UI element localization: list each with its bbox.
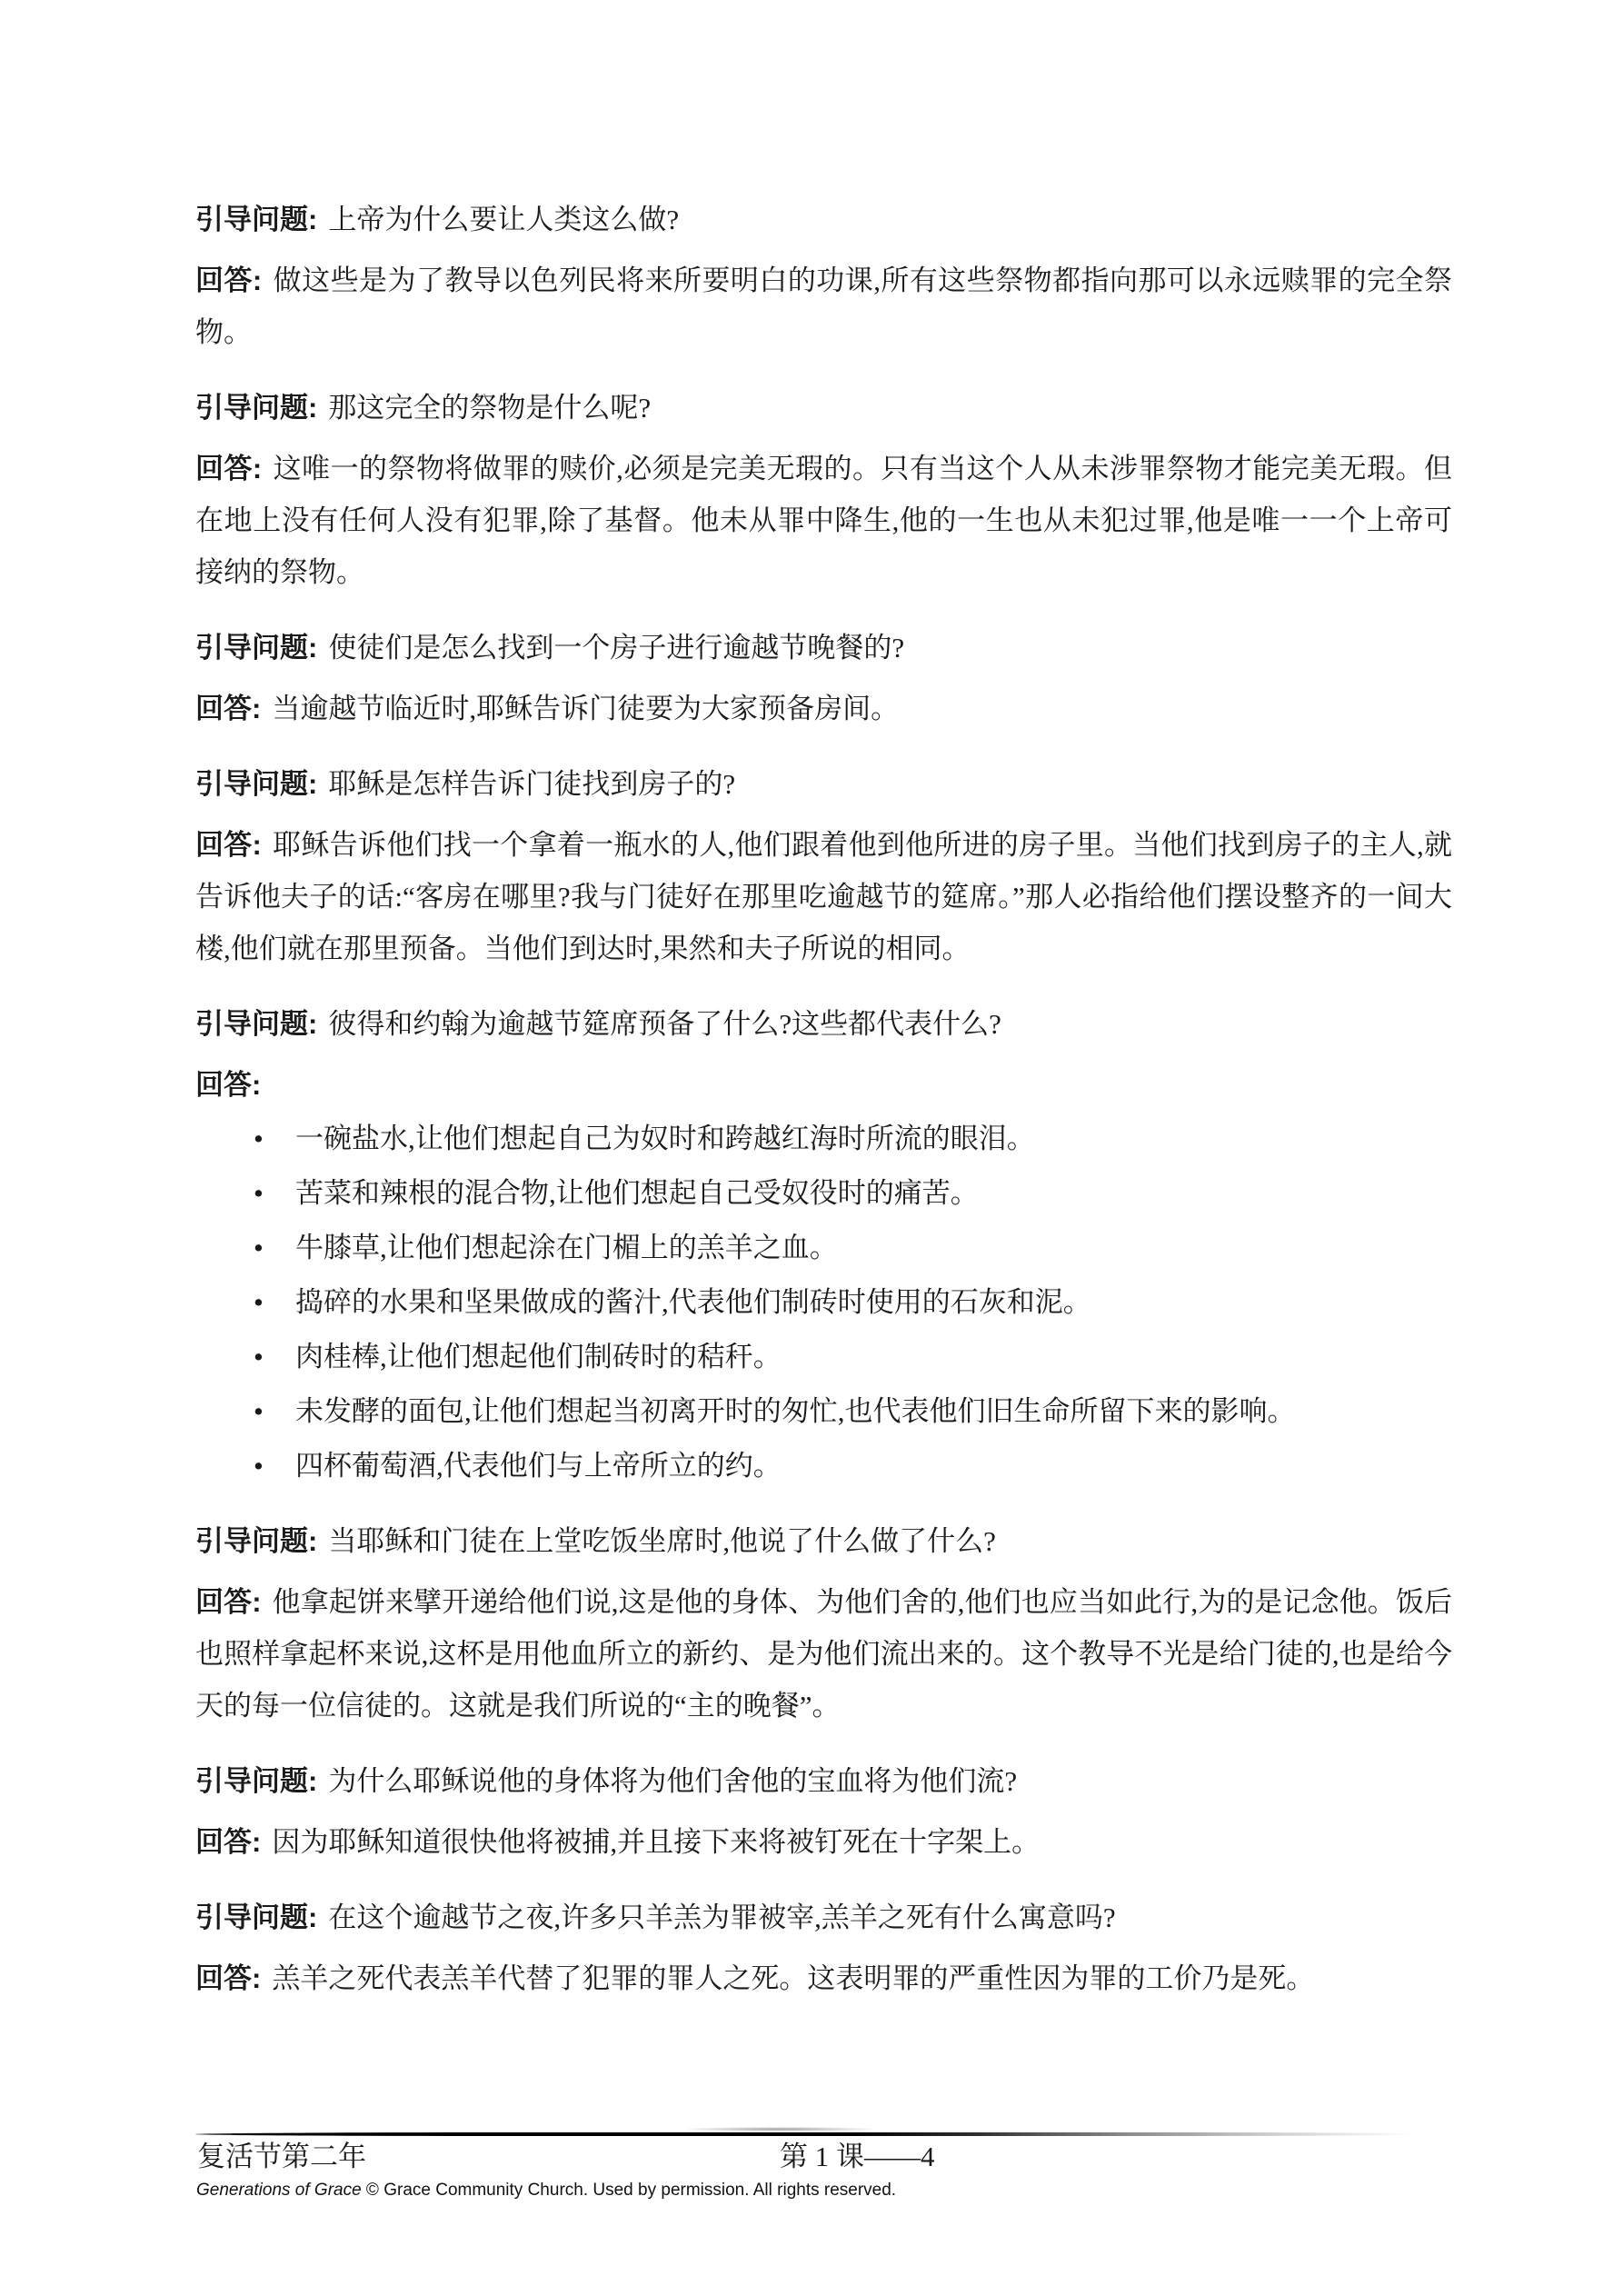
list-item: •未发酵的面包,让他们想起当初离开时的匆忙,也代表他们旧生命所留下来的影响。: [254, 1385, 1452, 1437]
question-text: 上帝为什么要让人类这么做?: [328, 204, 679, 235]
answer-line: 回答:做这些是为了教导以色列民将来所要明白的功课,所有这些祭物都指向那可以永远赎…: [195, 255, 1452, 358]
answer-label: 回答:: [195, 693, 261, 724]
question-text: 当耶稣和门徒在上堂吃饭坐席时,他说了什么做了什么?: [328, 1525, 996, 1557]
bullet-icon: •: [254, 1276, 295, 1328]
question-text: 彼得和约翰为逾越节筵席预备了什么?这些都代表什么?: [328, 1008, 1001, 1040]
answer-label: 回答:: [195, 1586, 262, 1618]
question-line: 引导问题:为什么耶稣说他的身体将为他们舍他的宝血将为他们流?: [195, 1755, 1452, 1807]
preparation-list: •一碗盐水,让他们想起自己为奴时和跨越红海时所流的眼泪。 •苦菜和辣根的混合物,…: [195, 1113, 1452, 1492]
question-line: 引导问题:耶稣是怎样告诉门徒找到房子的?: [195, 758, 1452, 810]
footer-divider-line: [195, 2132, 1452, 2136]
list-item-text: 未发酵的面包,让他们想起当初离开时的匆忙,也代表他们旧生命所留下来的影响。: [295, 1385, 1452, 1437]
answer-text: 因为耶稣知道很快他将被捕,并且接下来将被钉死在十字架上。: [272, 1826, 1040, 1858]
question-line: 引导问题:在这个逾越节之夜,许多只羊羔为罪被宰,羔羊之死有什么寓意吗?: [195, 1892, 1452, 1943]
list-item-text: 牛膝草,让他们想起涂在门楣上的羔羊之血。: [295, 1222, 1452, 1273]
question-label: 引导问题:: [195, 1902, 317, 1933]
question-text: 耶稣是怎样告诉门徒找到房子的?: [328, 768, 735, 800]
list-item: •牛膝草,让他们想起涂在门楣上的羔羊之血。: [254, 1222, 1452, 1273]
answer-text: 他拿起饼来擘开递给他们说,这是他的身体、为他们舍的,他们也应当如此行,为的是记念…: [195, 1586, 1452, 1722]
question-text: 使徒们是怎么找到一个房子进行逾越节晚餐的?: [328, 632, 904, 664]
answer-text: 当逾越节临近时,耶稣告诉门徒要为大家预备房间。: [272, 693, 899, 724]
list-item-text: 苦菜和辣根的混合物,让他们想起自己受奴役时的痛苦。: [295, 1167, 1452, 1219]
question-line: 引导问题:上帝为什么要让人类这么做?: [195, 194, 1452, 245]
qa-block: 引导问题:在这个逾越节之夜,许多只羊羔为罪被宰,羔羊之死有什么寓意吗? 回答:羔…: [195, 1892, 1452, 2004]
qa-content: 引导问题:上帝为什么要让人类这么做? 回答:做这些是为了教导以色列民将来所要明白…: [195, 194, 1452, 2028]
bullet-icon: •: [254, 1113, 295, 1164]
qa-block: 引导问题:彼得和约翰为逾越节筵席预备了什么?这些都代表什么? 回答: •一碗盐水…: [195, 998, 1452, 1492]
footer-copyright-series: Generations of Grace: [196, 2181, 362, 2200]
list-item-text: 捣碎的水果和坚果做成的酱汁,代表他们制砖时使用的石灰和泥。: [295, 1276, 1452, 1328]
answer-label: 回答:: [195, 1069, 261, 1101]
answer-label: 回答:: [195, 265, 262, 296]
list-item: •一碗盐水,让他们想起自己为奴时和跨越红海时所流的眼泪。: [254, 1113, 1452, 1164]
bullet-icon: •: [254, 1222, 295, 1273]
question-label: 引导问题:: [195, 1765, 317, 1797]
bullet-icon: •: [254, 1385, 295, 1437]
answer-line: 回答:: [195, 1059, 1452, 1111]
question-label: 引导问题:: [195, 204, 317, 235]
question-label: 引导问题:: [195, 1525, 317, 1557]
list-item-text: 一碗盐水,让他们想起自己为奴时和跨越红海时所流的眼泪。: [295, 1113, 1452, 1164]
footer-series-title: 复活节第二年: [197, 2138, 366, 2176]
list-item-text: 四杯葡萄酒,代表他们与上帝所立的约。: [295, 1440, 1452, 1492]
list-item: •捣碎的水果和坚果做成的酱汁,代表他们制砖时使用的石灰和泥。: [254, 1276, 1452, 1328]
answer-label: 回答:: [195, 1826, 261, 1858]
answer-label: 回答:: [195, 1962, 261, 1994]
question-line: 引导问题:使徒们是怎么找到一个房子进行逾越节晚餐的?: [195, 622, 1452, 674]
answer-text: 这唯一的祭物将做罪的赎价,必须是完美无瑕的。只有当这个人从未涉罪祭物才能完美无瑕…: [195, 453, 1452, 588]
answer-label: 回答:: [195, 453, 262, 484]
list-item: •苦菜和辣根的混合物,让他们想起自己受奴役时的痛苦。: [254, 1167, 1452, 1219]
question-label: 引导问题:: [195, 632, 317, 664]
list-item: •肉桂棒,让他们想起他们制砖时的秸秆。: [254, 1331, 1452, 1383]
answer-line: 回答:这唯一的祭物将做罪的赎价,必须是完美无瑕的。只有当这个人从未涉罪祭物才能完…: [195, 443, 1452, 598]
question-text: 为什么耶稣说他的身体将为他们舍他的宝血将为他们流?: [328, 1765, 1017, 1797]
answer-line: 回答:他拿起饼来擘开递给他们说,这是他的身体、为他们舍的,他们也应当如此行,为的…: [195, 1576, 1452, 1732]
list-item-text: 肉桂棒,让他们想起他们制砖时的秸秆。: [295, 1331, 1452, 1383]
answer-text: 耶稣告诉他们找一个拿着一瓶水的人,他们跟着他到他所进的房子里。当他们找到房子的主…: [195, 829, 1452, 964]
question-text: 在这个逾越节之夜,许多只羊羔为罪被宰,羔羊之死有什么寓意吗?: [328, 1902, 1115, 1933]
qa-block: 引导问题:为什么耶稣说他的身体将为他们舍他的宝血将为他们流? 回答:因为耶稣知道…: [195, 1755, 1452, 1868]
bullet-icon: •: [254, 1331, 295, 1383]
footer-copyright: Generations of Grace © Grace Community C…: [196, 2180, 896, 2201]
question-line: 引导问题:彼得和约翰为逾越节筵席预备了什么?这些都代表什么?: [195, 998, 1452, 1050]
answer-text: 羔羊之死代表羔羊代替了犯罪的罪人之死。这表明罪的严重性因为罪的工价乃是死。: [272, 1962, 1314, 1994]
bullet-icon: •: [254, 1167, 295, 1219]
qa-block: 引导问题:上帝为什么要让人类这么做? 回答:做这些是为了教导以色列民将来所要明白…: [195, 194, 1452, 358]
qa-block: 引导问题:当耶稣和门徒在上堂吃饭坐席时,他说了什么做了什么? 回答:他拿起饼来擘…: [195, 1515, 1452, 1732]
footer-divider-shadow: [648, 2126, 911, 2132]
qa-block: 引导问题:耶稣是怎样告诉门徒找到房子的? 回答:耶稣告诉他们找一个拿着一瓶水的人…: [195, 758, 1452, 974]
question-label: 引导问题:: [195, 1008, 317, 1040]
answer-text: 做这些是为了教导以色列民将来所要明白的功课,所有这些祭物都指向那可以永远赎罪的完…: [195, 265, 1452, 348]
question-text: 那这完全的祭物是什么呢?: [328, 392, 651, 424]
answer-label: 回答:: [195, 829, 262, 861]
question-line: 引导问题:那这完全的祭物是什么呢?: [195, 382, 1452, 434]
answer-line: 回答:因为耶稣知道很快他将被捕,并且接下来将被钉死在十字架上。: [195, 1816, 1452, 1868]
footer-page-number: 第 1 课——4: [780, 2138, 935, 2176]
footer-copyright-text: © Grace Community Church. Used by permis…: [362, 2181, 896, 2200]
document-page: 引导问题:上帝为什么要让人类这么做? 回答:做这些是为了教导以色列民将来所要明白…: [0, 0, 1623, 2296]
answer-line: 回答:当逾越节临近时,耶稣告诉门徒要为大家预备房间。: [195, 683, 1452, 734]
question-label: 引导问题:: [195, 768, 317, 800]
question-line: 引导问题:当耶稣和门徒在上堂吃饭坐席时,他说了什么做了什么?: [195, 1515, 1452, 1567]
bullet-icon: •: [254, 1440, 295, 1492]
question-label: 引导问题:: [195, 392, 317, 424]
qa-block: 引导问题:使徒们是怎么找到一个房子进行逾越节晚餐的? 回答:当逾越节临近时,耶稣…: [195, 622, 1452, 734]
answer-line: 回答:耶稣告诉他们找一个拿着一瓶水的人,他们跟着他到他所进的房子里。当他们找到房…: [195, 819, 1452, 974]
qa-block: 引导问题:那这完全的祭物是什么呢? 回答:这唯一的祭物将做罪的赎价,必须是完美无…: [195, 382, 1452, 598]
list-item: •四杯葡萄酒,代表他们与上帝所立的约。: [254, 1440, 1452, 1492]
answer-line: 回答:羔羊之死代表羔羊代替了犯罪的罪人之死。这表明罪的严重性因为罪的工价乃是死。: [195, 1952, 1452, 2004]
